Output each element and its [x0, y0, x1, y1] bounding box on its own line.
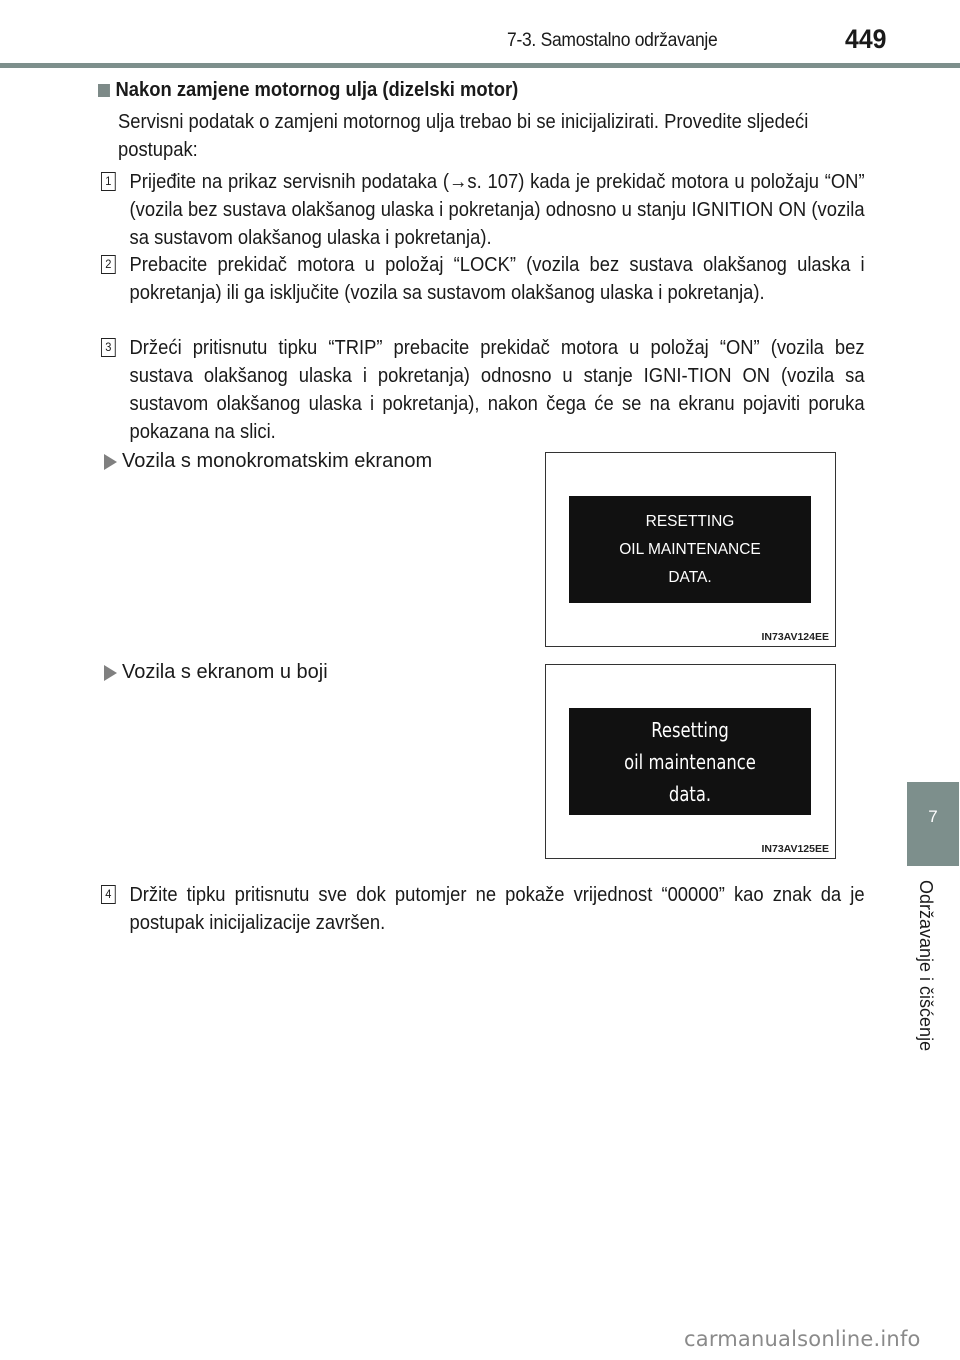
page-number: 449	[845, 24, 886, 55]
screen-line: DATA.	[569, 564, 811, 592]
screen-line: data.	[591, 778, 789, 810]
section-heading: Nakon zamjene motornog ulja (dizelski mo…	[98, 79, 518, 102]
figure-code: IN73AV124EE	[761, 631, 829, 643]
step-1: 1 Prijeđite na prikaz servisnih podataka…	[101, 168, 931, 252]
figure-color-display: Resetting oil maintenance data. IN73AV12…	[545, 664, 836, 859]
screen-line: OIL MAINTENANCE	[569, 536, 811, 564]
screen-line: Resetting	[591, 714, 789, 746]
triangle-bullet-icon	[104, 454, 117, 470]
figure-caption-color: Vozila s ekranom u boji	[104, 661, 328, 684]
chapter-tab[interactable]: 7	[907, 782, 959, 866]
heading-text: Nakon zamjene motornog ulja (dizelski mo…	[115, 79, 518, 102]
intro-paragraph: Servisni podatak o zamjeni motornog ulja…	[118, 108, 854, 164]
figure-monochrome-display: RESETTING OIL MAINTENANCE DATA. IN73AV12…	[545, 452, 836, 647]
step-number-box: 1	[101, 172, 116, 191]
step-3: 3 Držeći pritisnutu tipku “TRIP” prebaci…	[101, 334, 931, 446]
step-text: Prijeđite na prikaz servisnih podataka (…	[130, 168, 865, 252]
watermark: carmanualsonline.info	[684, 1327, 921, 1351]
step-2: 2 Prebacite prekidač motora u položaj “L…	[101, 251, 931, 307]
step-number-box: 3	[101, 338, 116, 357]
display-screen: Resetting oil maintenance data.	[569, 708, 811, 815]
step-text: Držeći pritisnutu tipku “TRIP” prebacite…	[130, 334, 865, 446]
chapter-label: Održavanje i čišćenje	[915, 880, 936, 1051]
screen-line: oil maintenance	[591, 746, 789, 778]
caption-text: Vozila s monokromatskim ekranom	[122, 450, 432, 473]
screen-line: RESETTING	[569, 508, 811, 536]
step-4: 4 Držite tipku pritisnutu sve dok putomj…	[101, 881, 931, 937]
triangle-bullet-icon	[104, 665, 117, 681]
section-title: 7-3. Samostalno održavanje	[507, 30, 717, 52]
step-text: Držite tipku pritisnutu sve dok putomjer…	[130, 881, 865, 937]
figure-code: IN73AV125EE	[761, 843, 829, 855]
caption-text: Vozila s ekranom u boji	[122, 661, 328, 684]
display-screen: RESETTING OIL MAINTENANCE DATA.	[569, 496, 811, 603]
step-text: Prebacite prekidač motora u položaj “LOC…	[130, 251, 865, 307]
square-bullet-icon	[98, 84, 110, 97]
header-divider	[0, 63, 960, 68]
step-number-box: 4	[101, 885, 116, 904]
step-number-box: 2	[101, 255, 116, 274]
figure-caption-mono: Vozila s monokromatskim ekranom	[104, 450, 432, 473]
